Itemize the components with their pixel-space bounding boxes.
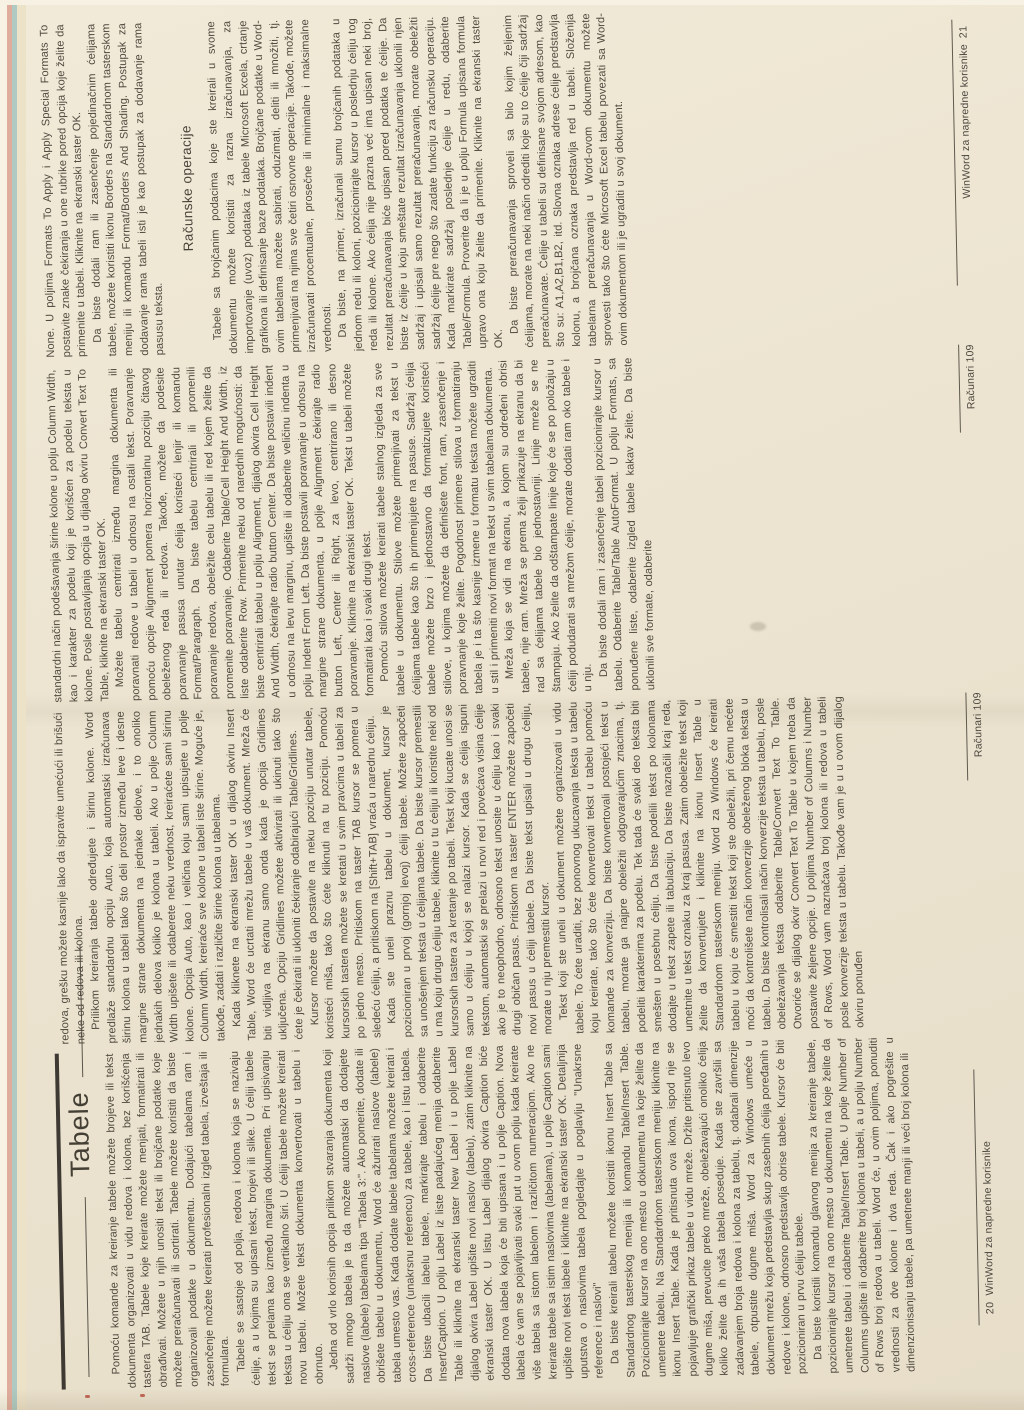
- footer-page20-outer: 20WinWord za napredne korisnike: [981, 1141, 997, 1320]
- body-paragraph: Kada kliknete na ekranski taster OK u di…: [223, 707, 308, 1041]
- body-paragraph: Da biste, na primer, izračunali sumu bro…: [329, 15, 507, 352]
- body-paragraph: Pomoću stilova možete kreirati tabele st…: [372, 360, 504, 696]
- body-paragraph: None. U poljima Formats To Apply i Apply…: [37, 24, 91, 358]
- footer-rule: [958, 345, 961, 433]
- body-paragraph: Tabele se sastoje od polja, redova i kol…: [227, 1049, 328, 1386]
- body-paragraph: Da biste preračunavanja sproveli sa bilo…: [501, 13, 633, 349]
- scan-bottom-shadow: [0, 1388, 1024, 1410]
- footer-rule: [973, 1069, 979, 1325]
- body-paragraph: Da biste kreirali tabelu možete koristit…: [602, 1039, 812, 1378]
- page20-column-1: Pomoću komande za kreiranje tabele možet…: [103, 1036, 974, 1389]
- footer-magazine-issue: Računari 109: [971, 692, 984, 757]
- footer-book-title: WinWord za napredne korisnike: [981, 1141, 996, 1296]
- body-paragraph: Prilikom kreiranja tabele određujete i š…: [83, 709, 230, 1044]
- body-paragraph: Tekst koji ste uneli u dokument možete o…: [550, 696, 869, 1034]
- footer-page20-inner: Računari 109: [971, 692, 984, 757]
- page-edge-strip: [0, 0, 7, 1410]
- body-paragraph: Da biste dodali ram ili zasenčenje pojed…: [84, 22, 169, 357]
- footer-page21-inner: Računari 109: [964, 344, 977, 409]
- page-number-20: 20: [984, 1295, 997, 1320]
- footer-rule: [951, 20, 958, 286]
- body-paragraph: Tabele sa brojčanim podacima koje ste kr…: [205, 19, 337, 355]
- footer-book-title: WinWord za napredne korisnike: [958, 44, 973, 199]
- body-paragraph: Kursor možete da postavite na neku pozic…: [301, 706, 386, 1040]
- page20-column-2: redova, grešku možete kasnije lako da is…: [52, 694, 967, 1045]
- chapter-title: Tabele: [63, 1079, 96, 1190]
- page21-column-2: None. U poljima Formats To Apply i Apply…: [37, 6, 952, 358]
- body-paragraph: standardni način podešavanja širine kolo…: [44, 368, 113, 702]
- rotated-spread-content: Tabele Pomoću komande za kreiranje tabel…: [15, 0, 1006, 1400]
- chapter-title-thin-rule-left: [85, 1197, 90, 1377]
- body-paragraph: Da biste dodali ram i zasenčenje tabeli …: [590, 357, 659, 691]
- scanned-magazine-spread: Tabele Pomoću komande za kreiranje tabel…: [0, 0, 1024, 1410]
- body-paragraph: Mreža koja se vidi na ekranu, a kojom su…: [497, 358, 598, 693]
- scan-smudge: [750, 622, 766, 631]
- body-paragraph: Možete tabelu centrirati između margina …: [107, 363, 379, 701]
- body-paragraph: Da biste koristili komandu glavnog menij…: [804, 1037, 920, 1374]
- body-paragraph: Jedna od vrlo korisnih opcija prilikom s…: [321, 1043, 609, 1384]
- page21-column-1: standardni način podešavanja širine kolo…: [44, 351, 959, 703]
- body-paragraph: Kada ste uneli praznu tabelu u dokument,…: [379, 702, 557, 1038]
- footer-page21-outer: WinWord za napredne korisnike21: [957, 19, 973, 198]
- footer-rule: [965, 693, 968, 781]
- body-paragraph: Pomoću komande za kreiranje tabele možet…: [103, 1051, 235, 1389]
- footer-magazine-issue: Računari 109: [964, 344, 977, 409]
- page-number-21: 21: [957, 19, 970, 44]
- section-heading: Računske operacije: [176, 22, 199, 355]
